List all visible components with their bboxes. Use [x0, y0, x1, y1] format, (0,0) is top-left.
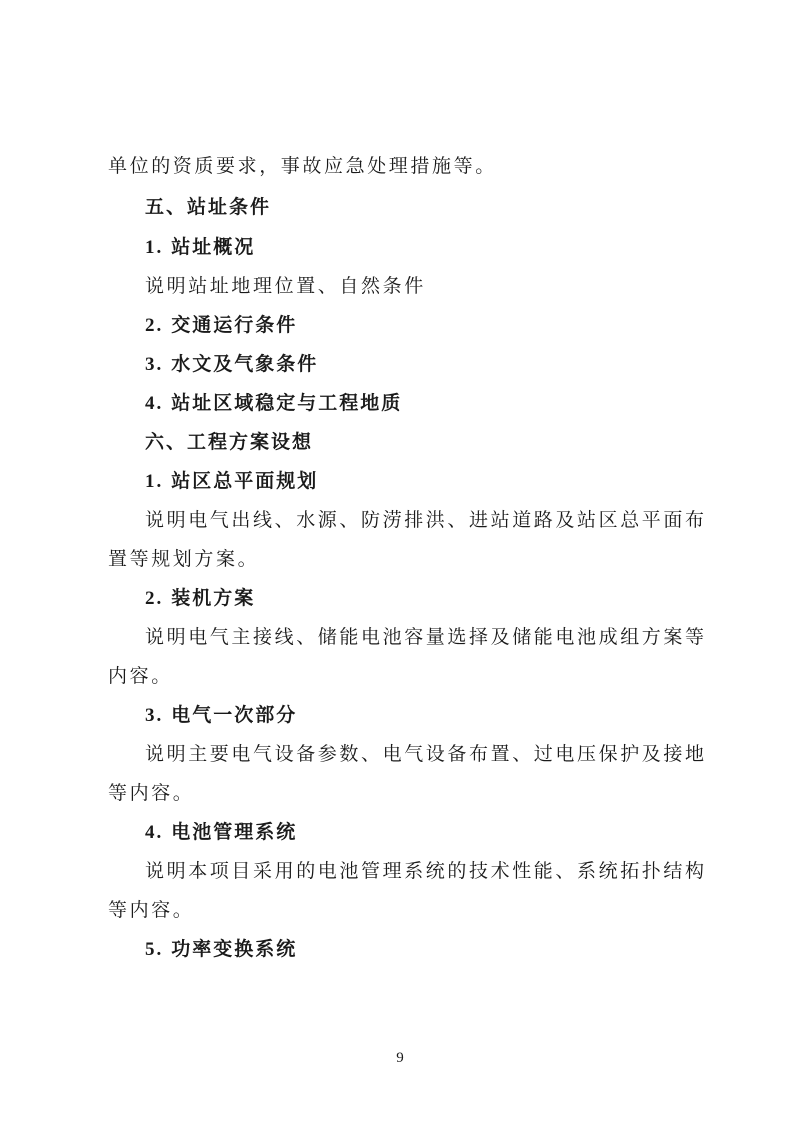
body-text-line: 置等规划方案。	[108, 548, 259, 570]
line-text: 单位的资质要求，事故应急处理措施等。	[108, 155, 497, 177]
line-text: 等内容。	[108, 782, 194, 804]
subsection-heading: 2.交通运行条件	[145, 314, 297, 337]
subsection-number: 4.	[145, 822, 163, 843]
line-text: 内容。	[108, 665, 173, 687]
subsection-number: 1.	[145, 471, 163, 492]
line-text: 六、工程方案设想	[145, 431, 313, 453]
body-text-line: 等内容。	[108, 782, 194, 804]
body-text-line: 单位的资质要求，事故应急处理措施等。	[108, 155, 497, 177]
line-text: 功率变换系统	[171, 938, 297, 960]
subsection-heading: 5.功率变换系统	[145, 938, 297, 961]
line-text: 电池管理系统	[171, 821, 297, 843]
subsection-number: 5.	[145, 939, 163, 960]
page-number: 9	[0, 1050, 800, 1067]
subsection-number: 2.	[145, 588, 163, 609]
subsection-number: 2.	[145, 315, 163, 336]
line-text: 说明站址地理位置、自然条件	[145, 275, 426, 297]
subsection-heading: 4.站址区域稳定与工程地质	[145, 392, 402, 415]
line-text: 水文及气象条件	[171, 353, 318, 375]
body-text-line: 说明本项目采用的电池管理系统的技术性能、系统拓扑结构	[145, 860, 707, 882]
line-text: 等内容。	[108, 899, 194, 921]
line-text: 站址概况	[171, 236, 255, 258]
subsection-heading: 3.电气一次部分	[145, 704, 297, 727]
section-heading: 五、站址条件	[145, 196, 271, 218]
body-text-line: 说明电气出线、水源、防涝排洪、进站道路及站区总平面布	[145, 509, 707, 531]
line-text: 说明电气出线、水源、防涝排洪、进站道路及站区总平面布	[145, 509, 707, 531]
section-heading: 六、工程方案设想	[145, 431, 313, 453]
line-text: 电气一次部分	[171, 704, 297, 726]
line-text: 站址区域稳定与工程地质	[171, 392, 402, 414]
subsection-heading: 2.装机方案	[145, 587, 255, 610]
line-text: 置等规划方案。	[108, 548, 259, 570]
body-text-line: 说明主要电气设备参数、电气设备布置、过电压保护及接地	[145, 743, 707, 765]
line-text: 站区总平面规划	[171, 470, 318, 492]
subsection-number: 3.	[145, 705, 163, 726]
body-text-line: 等内容。	[108, 899, 194, 921]
body-text-line: 说明电气主接线、储能电池容量选择及储能电池成组方案等	[145, 626, 707, 648]
body-text-line: 说明站址地理位置、自然条件	[145, 275, 426, 297]
subsection-number: 1.	[145, 237, 163, 258]
subsection-heading: 4.电池管理系统	[145, 821, 297, 844]
subsection-heading: 3.水文及气象条件	[145, 353, 318, 376]
body-text-line: 内容。	[108, 665, 173, 687]
line-text: 说明主要电气设备参数、电气设备布置、过电压保护及接地	[145, 743, 707, 765]
subsection-number: 4.	[145, 393, 163, 414]
subsection-heading: 1.站区总平面规划	[145, 470, 318, 493]
line-text: 交通运行条件	[171, 314, 297, 336]
subsection-number: 3.	[145, 354, 163, 375]
line-text: 说明本项目采用的电池管理系统的技术性能、系统拓扑结构	[145, 860, 707, 882]
line-text: 五、站址条件	[145, 196, 271, 218]
line-text: 装机方案	[171, 587, 255, 609]
line-text: 说明电气主接线、储能电池容量选择及储能电池成组方案等	[145, 626, 707, 648]
subsection-heading: 1.站址概况	[145, 236, 255, 259]
